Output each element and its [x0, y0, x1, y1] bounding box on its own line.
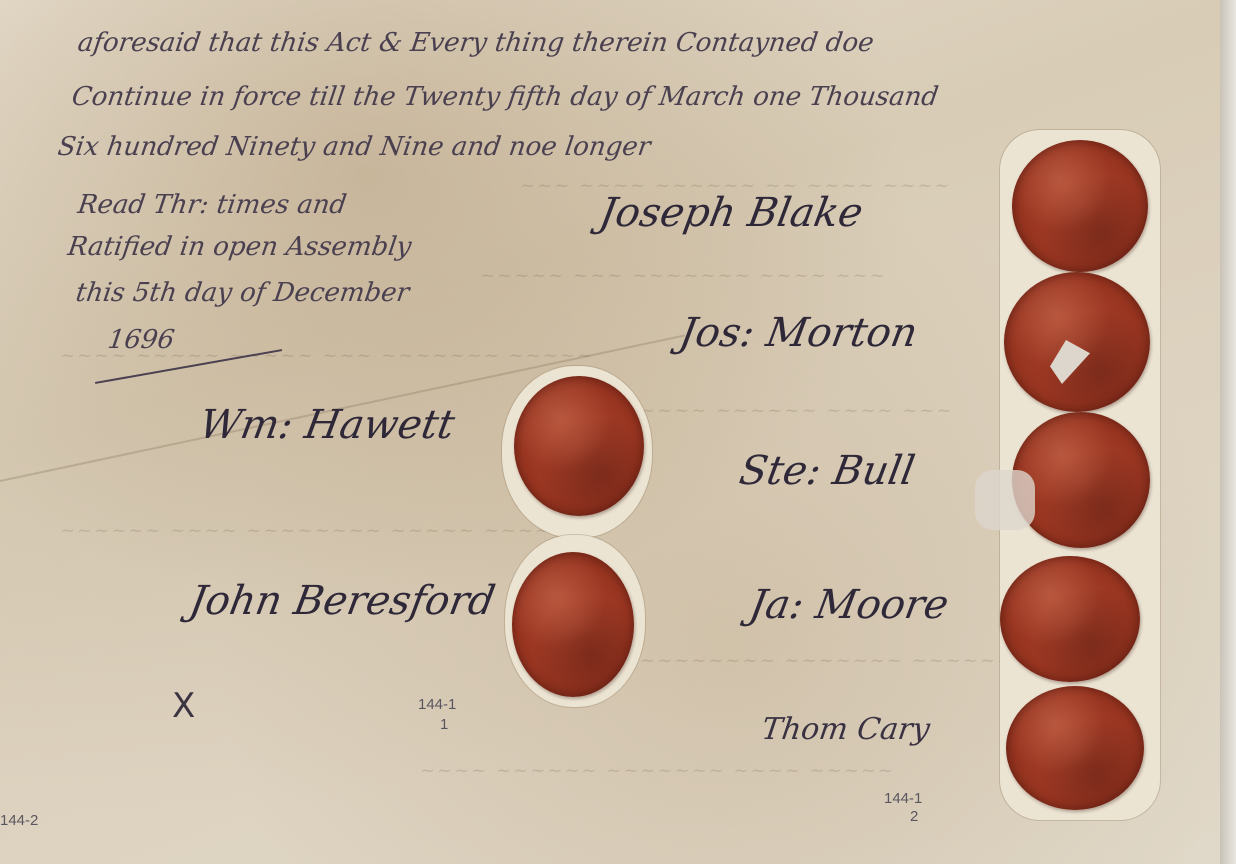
signature-thom-cary: Thom Cary [760, 712, 932, 747]
wax-seal [1000, 556, 1140, 682]
signature-ste-bull: Ste: Bull [736, 448, 918, 494]
wax-seal [1006, 686, 1144, 810]
paper-hole [975, 470, 1035, 530]
archival-number-left: 144-2 [0, 812, 38, 829]
wax-seal [512, 552, 634, 697]
bleed-through-text: ~~~~~ ~~~ ~~~~~~~ ~~~~ ~~~ [480, 265, 887, 286]
endorsement-line-2: Ratified in open Assembly [66, 232, 413, 262]
page-edge [1220, 0, 1236, 864]
archival-number-center-sub: 1 [440, 716, 448, 733]
body-line-1: aforesaid that this Act & Every thing th… [76, 28, 876, 58]
endorsement-line-3: this 5th day of December [74, 278, 411, 308]
archival-number-right: 144-1 [884, 790, 922, 807]
signature-ja-moore: Ja: Moore [746, 582, 952, 628]
bleed-through-text: ~~~~~~ ~~~~ ~~~~~~~~ ~~~~~ ~~~~~~ [60, 520, 586, 541]
body-line-2: Continue in force till the Twenty fifth … [70, 82, 940, 112]
signature-wm-hawett: Wm: Hawett [196, 402, 458, 448]
wax-seal [1012, 140, 1148, 272]
signature-john-beresford: John Beresford [186, 578, 498, 624]
bleed-through-text: ~~~~ ~~~~~~ ~~~~~~~ ~~~~ ~~~~~ [420, 760, 895, 781]
body-line-3: Six hundred Ninety and Nine and noe long… [56, 132, 652, 162]
cross-mark: X [172, 686, 195, 726]
endorsement-year: 1696 [106, 325, 176, 355]
signature-joseph-blake: Joseph Blake [596, 190, 866, 236]
endorsement-line-1: Read Thr: times and [76, 190, 348, 220]
bleed-through-text: ~~~~ ~~~~~~ ~~~~ ~~~ [640, 400, 954, 421]
wax-seal [1004, 272, 1150, 412]
wax-seal [514, 376, 644, 516]
archival-number-center: 144-1 [418, 696, 456, 713]
signature-jos-morton: Jos: Morton [676, 310, 921, 356]
archival-number-right-sub: 2 [910, 808, 918, 825]
